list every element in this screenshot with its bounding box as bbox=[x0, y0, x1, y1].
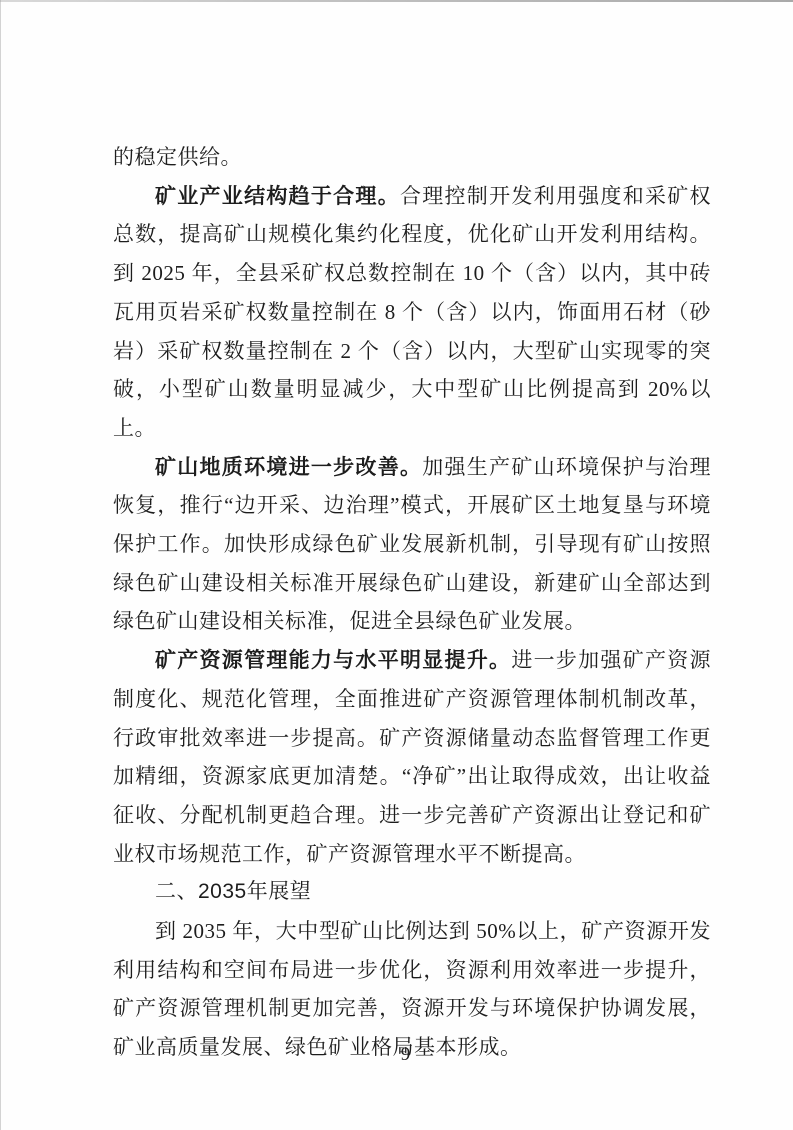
section-heading-2035-outlook: 二、2035年展望 bbox=[113, 873, 711, 912]
paragraph-mining-industry-structure: 矿业产业结构趋于合理。合理控制开发利用强度和采矿权总数，提高矿山规模化集约化程度… bbox=[113, 177, 711, 448]
paragraph-text: 合理控制开发利用强度和采矿权总数，提高矿山规模化集约化程度，优化矿山开发利用结构… bbox=[113, 184, 711, 440]
paragraph-lead: 矿山地质环境进一步改善。 bbox=[155, 455, 422, 479]
scan-edge-left bbox=[0, 0, 1, 1130]
paragraph-text: 进一步加强矿产资源制度化、规范化管理，全面推进矿产资源管理体制机制改革，行政审批… bbox=[113, 648, 711, 866]
paragraph-mine-geology-environment: 矿山地质环境进一步改善。加强生产矿山环境保护与治理恢复，推行“边开采、边治理”模… bbox=[113, 448, 711, 642]
page-content: 的稳定供给。 矿业产业结构趋于合理。合理控制开发利用强度和采矿权总数，提高矿山规… bbox=[113, 138, 711, 1067]
paragraph-continuation: 的稳定供给。 bbox=[113, 138, 711, 177]
paragraph-text: 加强生产矿山环境保护与治理恢复，推行“边开采、边治理”模式，开展矿区土地复垦与环… bbox=[113, 455, 711, 634]
scan-edge-top bbox=[0, 0, 793, 2]
paragraph-resource-management: 矿产资源管理能力与水平明显提升。进一步加强矿产资源制度化、规范化管理，全面推进矿… bbox=[113, 641, 711, 873]
page-number: 9 bbox=[0, 1042, 793, 1068]
paragraph-lead: 矿产资源管理能力与水平明显提升。 bbox=[155, 648, 511, 672]
paragraph-lead: 矿业产业结构趋于合理。 bbox=[155, 184, 400, 208]
document-page: 的稳定供给。 矿业产业结构趋于合理。合理控制开发利用强度和采矿权总数，提高矿山规… bbox=[0, 0, 793, 1130]
